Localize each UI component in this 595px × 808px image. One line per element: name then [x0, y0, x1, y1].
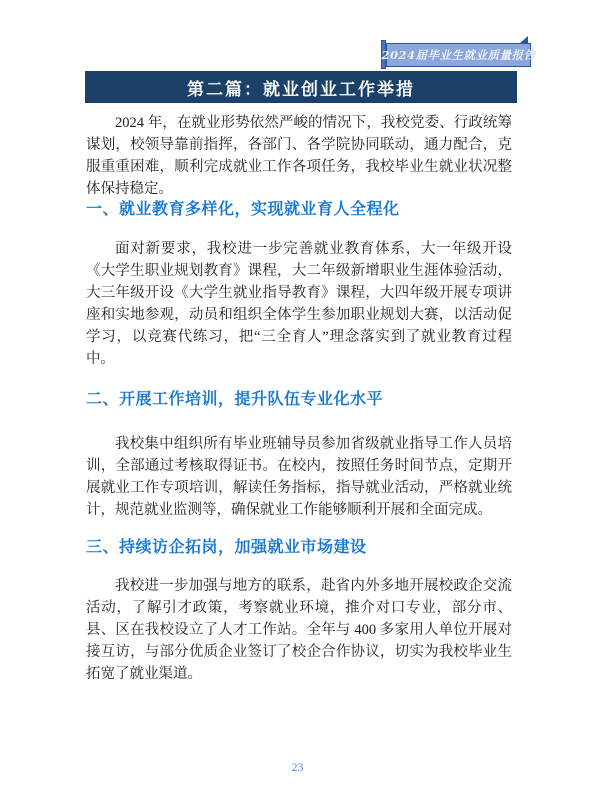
page-content: 2024 年，在就业形势依然严峻的情况下，我校党委、行政统筹谋划，校领导靠前指挥…	[86, 103, 512, 685]
report-page: 2024届毕业生就业质量报告 第二篇：就业创业工作举措 2024 年，在就业形势…	[0, 0, 595, 808]
section-body-1: 面对新要求，我校进一步完善就业教育体系，大一年级开设《大学生职业规划教育》课程，…	[86, 238, 512, 370]
intro-paragraph: 2024 年，在就业形势依然严峻的情况下，我校党委、行政统筹谋划，校领导靠前指挥…	[86, 112, 512, 200]
report-ribbon-badge: 2024届毕业生就业质量报告	[381, 36, 531, 69]
section-heading-3: 三、持续访企拓岗，加强就业市场建设	[86, 538, 512, 557]
section-body-3: 我校进一步加强与地方的联系，赴省内外多地开展校政企交流活动，了解引才政策，考察就…	[86, 575, 512, 685]
page-number: 23	[0, 760, 595, 775]
chapter-title: 第二篇：就业创业工作举措	[187, 75, 415, 100]
section-heading-1: 一、就业教育多样化，实现就业育人全程化	[86, 200, 512, 219]
ribbon-body: 2024届毕业生就业质量报告	[386, 43, 531, 67]
chapter-title-bar: 第二篇：就业创业工作举措	[85, 71, 517, 103]
section-heading-2: 二、开展工作培训，提升队伍专业化水平	[86, 390, 512, 409]
ribbon-label: 2024届毕业生就业质量报告	[382, 47, 536, 63]
section-body-2: 我校集中组织所有毕业班辅导员参加省级就业指导工作人员培训，全部通过考核取得证书。…	[86, 433, 512, 521]
